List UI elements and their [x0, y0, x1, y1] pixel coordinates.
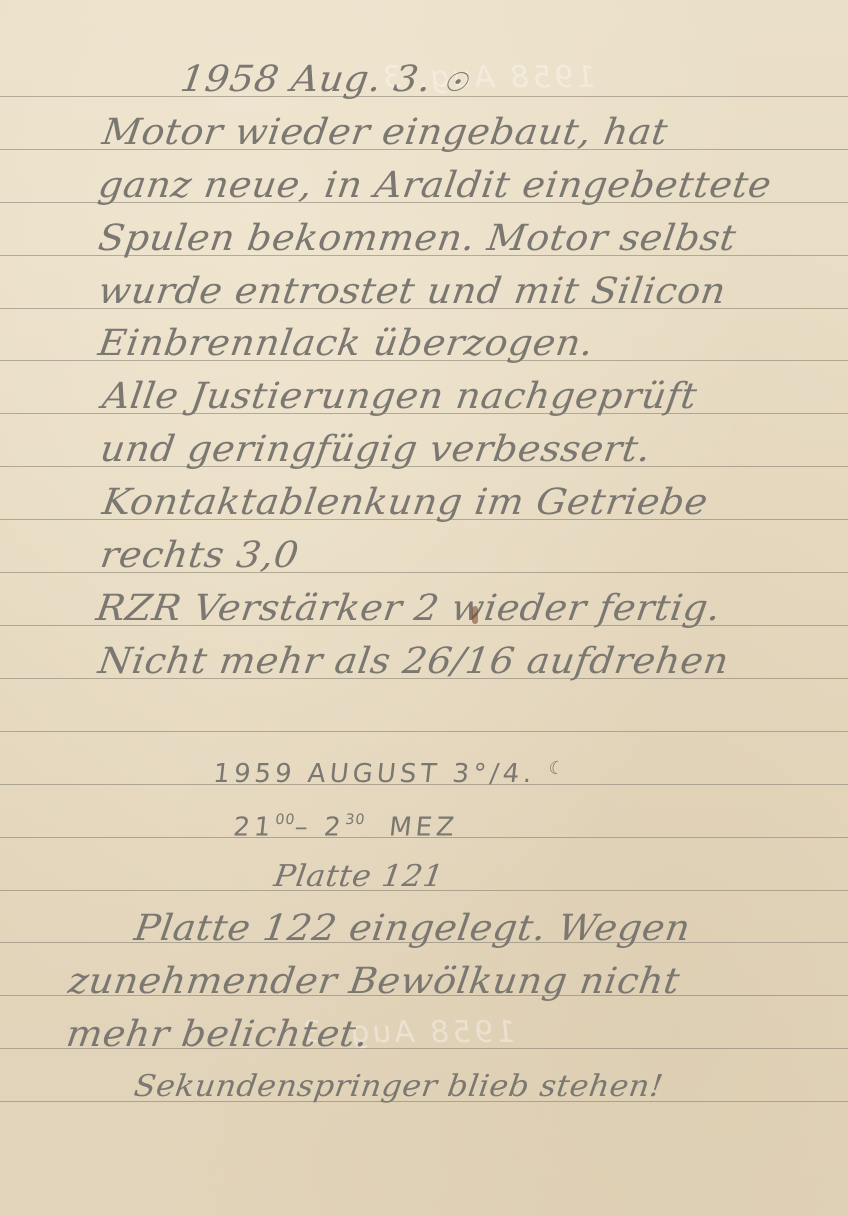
entry-date: 1958 Aug. 3.: [178, 59, 434, 100]
entry-1-heading: 1958 Aug. 3. ☉: [178, 62, 471, 98]
entry-line: Einbrennlack überzogen.: [96, 326, 596, 362]
entry-line: ganz neue, in Araldit eingebettete: [96, 168, 774, 204]
entry-line: Nicht mehr als 26/16 aufdrehen: [96, 644, 731, 680]
entry-line: rechts 3,0: [98, 538, 301, 574]
plate-label: Platte 121: [272, 862, 446, 892]
moon-symbol-icon: ☾: [547, 758, 569, 779]
sun-symbol-icon: ☉: [441, 68, 470, 98]
ruled-line: [0, 731, 848, 732]
entry-line: Sekundenspringer blieb stehen!: [132, 1072, 665, 1102]
entry-line: RZR Verstärker 2 wieder fertig.: [94, 591, 723, 627]
notebook-page: 1958 Aug. 3 1958 Aug. 3 1958 Aug. 3. ☉ M…: [0, 0, 848, 1216]
entry-line: Motor wieder eingebaut, hat: [100, 115, 670, 151]
entry-line: zunehmender Bewölkung nicht: [66, 964, 682, 1000]
ink-smudge: [472, 606, 478, 624]
entry-line: Platte 122 eingelegt. Wegen: [132, 911, 693, 947]
entry-2-heading: 1959 AUGUST 3°/4. ☾: [212, 760, 569, 787]
entry-line: und geringfügig verbessert.: [98, 432, 653, 468]
entry-line: Spulen bekommen. Motor selbst: [96, 221, 738, 257]
entry-line: mehr belichtet.: [64, 1017, 371, 1053]
timezone: MEZ: [388, 812, 460, 842]
entry-date: 1959 AUGUST 3°/4.: [212, 759, 537, 789]
entry-line: Alle Justierungen nachgeprüft: [100, 379, 699, 415]
observation-time: 2100– 230 MEZ: [232, 813, 459, 840]
entry-line: Kontaktablenkung im Getriebe: [100, 485, 710, 521]
entry-line: wurde entrostet und mit Silicon: [96, 274, 728, 310]
